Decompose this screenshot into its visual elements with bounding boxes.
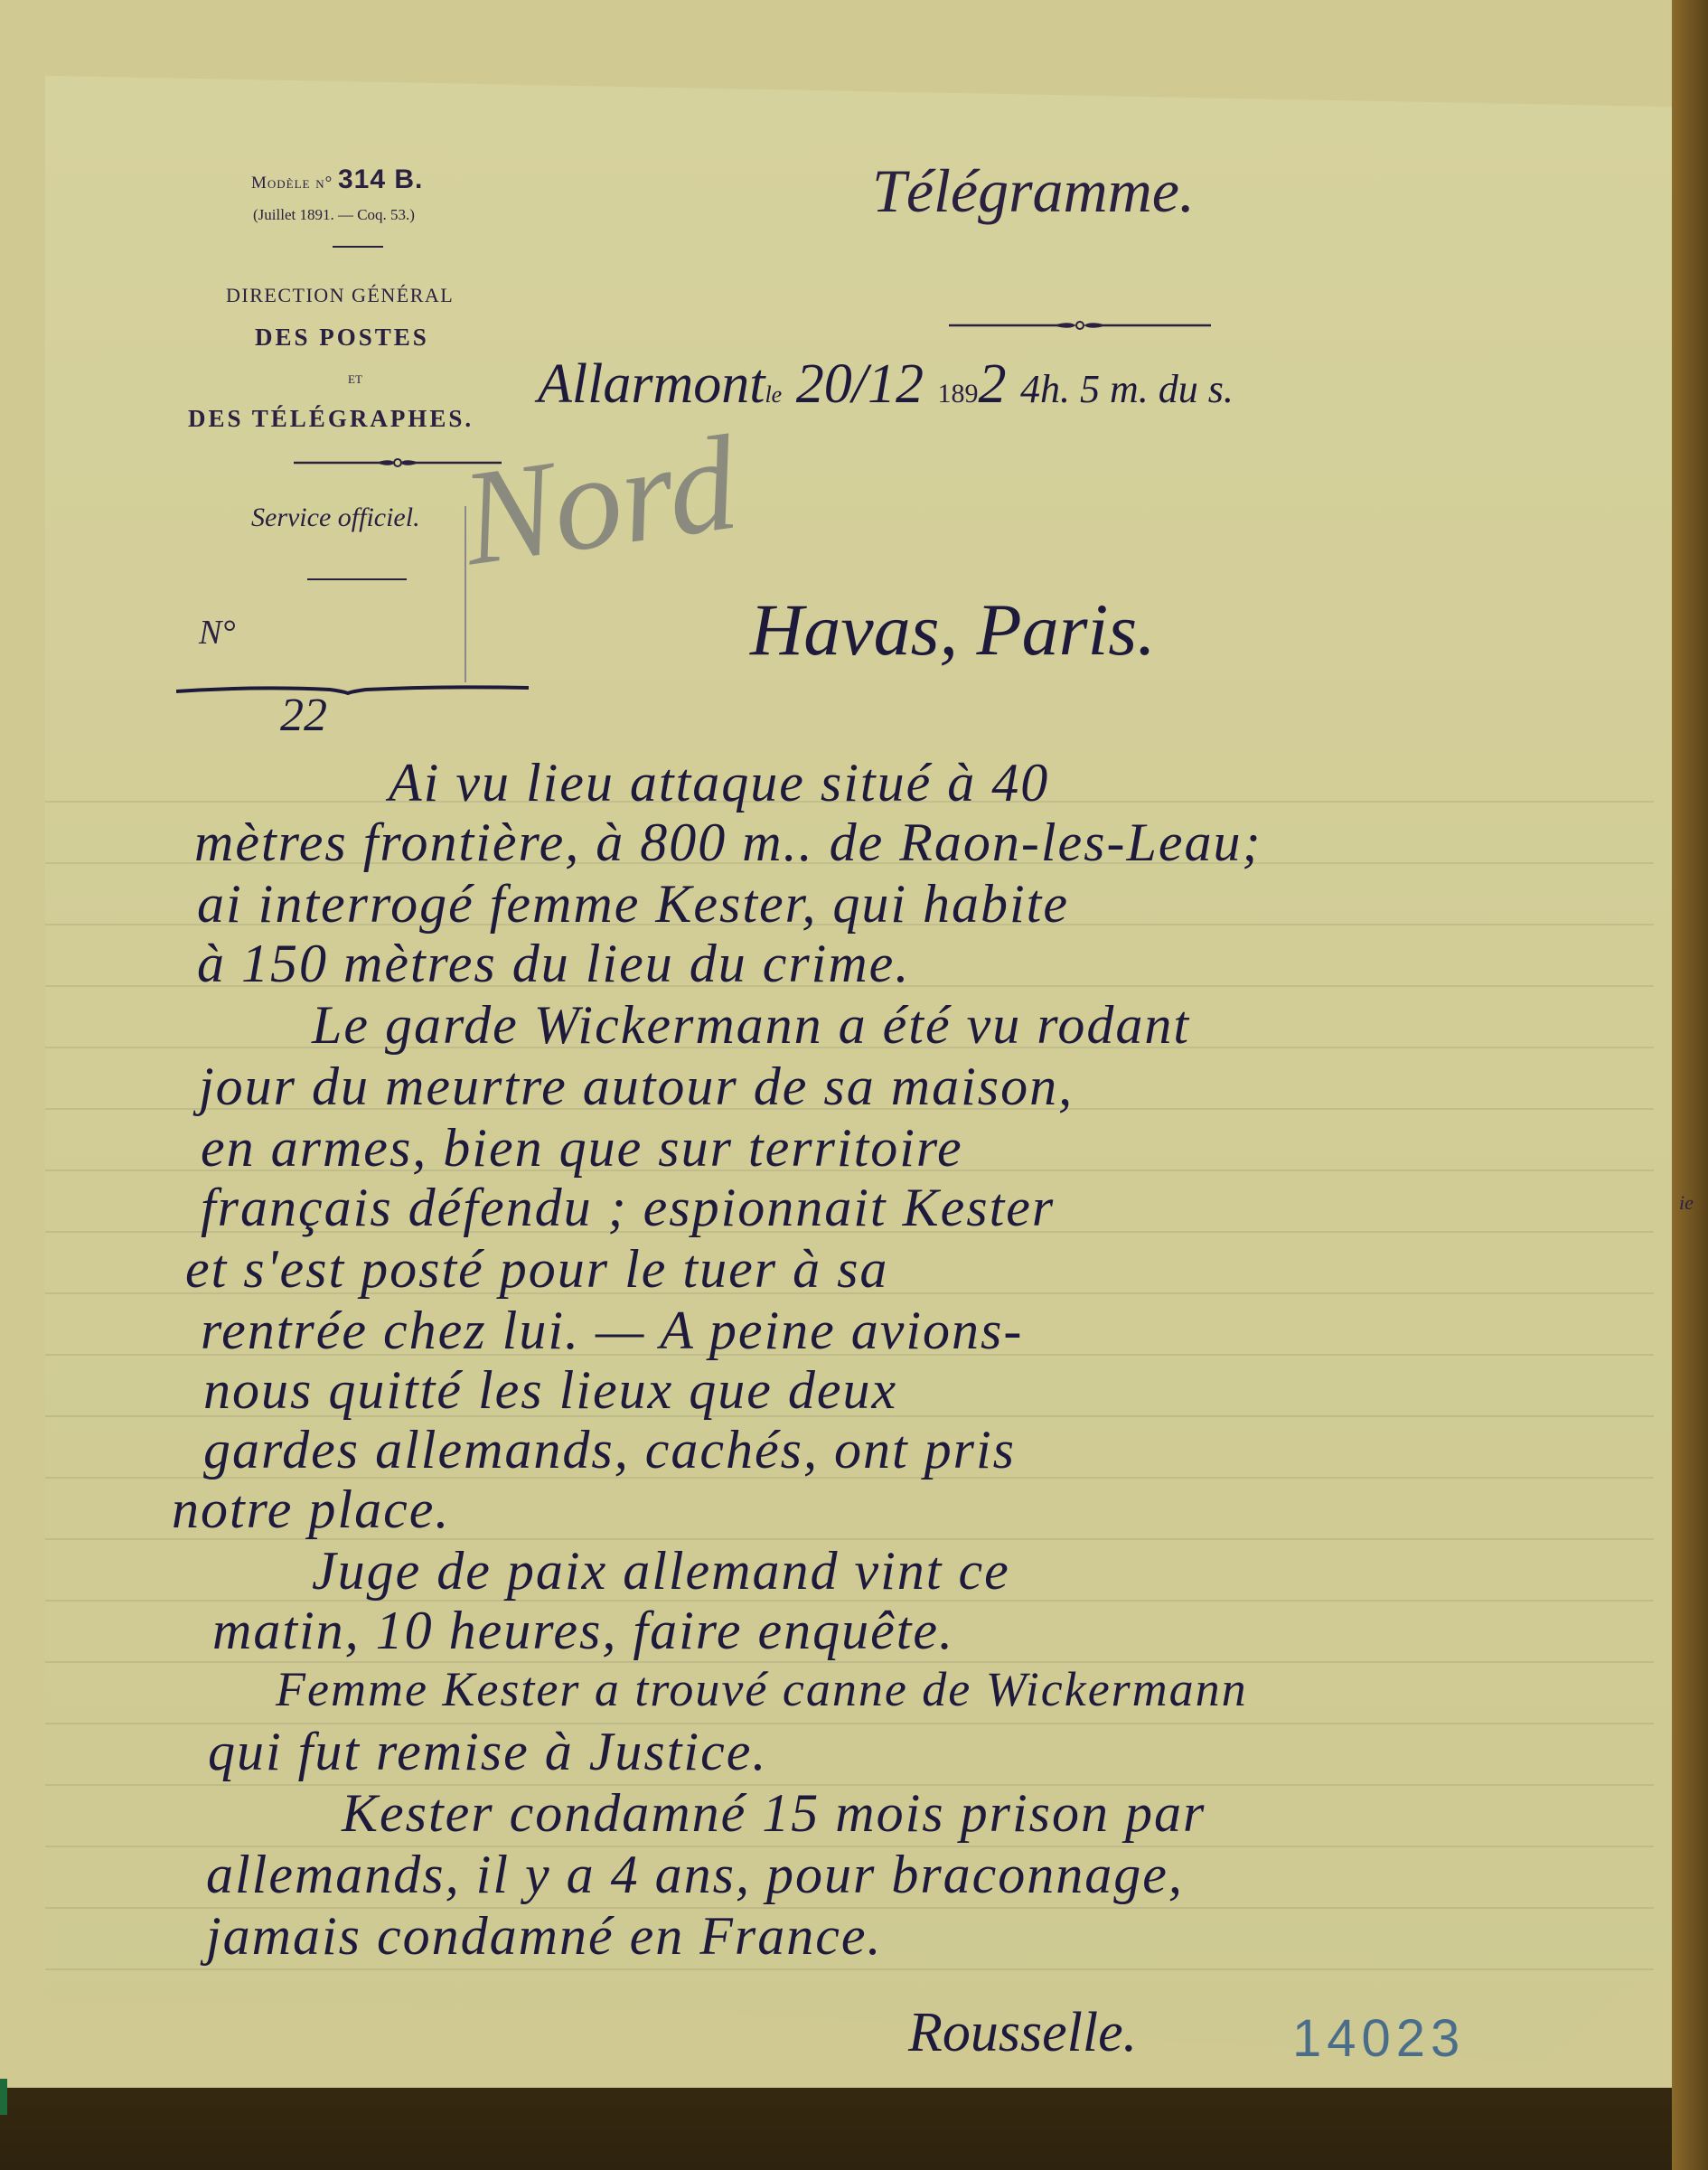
body-line: Ai vu lieu attaque situé à 40 [389, 752, 1049, 814]
telegram-title: Télégramme. [872, 155, 1195, 227]
divider [307, 578, 407, 580]
signature: Rousselle. [908, 2001, 1137, 2065]
body-line: gardes allemands, cachés, ont pris [203, 1419, 1016, 1481]
origin-line: Allarmontle 20/12 1892 4h. 5 m. du s. [538, 352, 1234, 417]
body-line: allemands, il y a 4 ans, pour braconnage… [206, 1844, 1184, 1906]
body-line: français défendu ; espionnait Kester [201, 1177, 1055, 1239]
green-marker [0, 2079, 7, 2115]
origin-year-prefix: 189 [937, 379, 978, 409]
margin-note: ie [1679, 1191, 1694, 1215]
body-line: jour du meurtre autour de sa maison, [199, 1056, 1074, 1118]
divider [333, 246, 383, 248]
modele-label: Modèle n° 314 B. [251, 164, 423, 195]
form-edition: (Juillet 1891. — Coq. 53.) [253, 206, 415, 224]
origin-year-suffix: 2 [978, 353, 1006, 415]
origin-date: 20/12 [796, 353, 924, 415]
origin-place-suffix: le [765, 381, 782, 408]
modele-text: Modèle n° [251, 174, 333, 193]
body-line: en armes, bien que sur territoire [201, 1117, 963, 1179]
body-line: matin, 10 heures, faire enquête. [212, 1600, 954, 1662]
desk-edge [1672, 0, 1708, 2170]
serial-number: 22 [280, 689, 327, 742]
ornament-divider-icon [176, 682, 538, 700]
et-label: ET [348, 372, 362, 387]
addressee: Havas, Paris. [750, 587, 1156, 672]
body-line: Le garde Wickermann a été vu rodant [312, 994, 1190, 1057]
service-officiel-label: Service officiel. [251, 503, 420, 533]
modele-number: 314 B. [338, 164, 423, 194]
numero-label: N° [199, 613, 236, 653]
body-line: Femme Kester a trouvé canne de Wickerman… [276, 1661, 1248, 1717]
body-line: et s'est posté pour le tuer à sa [185, 1238, 888, 1301]
body-line: notre place. [172, 1479, 450, 1541]
origin-place: Allarmont [538, 353, 765, 415]
body-line: mètres frontière, à 800 m.. de Raon-les-… [194, 812, 1262, 874]
des-telegraphes-label: DES TÉLÉGRAPHES. [188, 405, 474, 433]
body-line: à 150 mètres du lieu du crime. [197, 933, 910, 995]
body-line: jamais condamné en France. [206, 1905, 883, 1968]
body-line: rentrée chez lui. — A peine avions- [201, 1300, 1023, 1362]
body-line: Juge de paix allemand vint ce [312, 1540, 1010, 1602]
body-line: Kester condamné 15 mois prison par [342, 1782, 1206, 1845]
des-postes-label: DES POSTES [255, 324, 429, 352]
origin-time: 4h. 5 m. du s. [1020, 367, 1234, 411]
archive-number: 14023 [1292, 2008, 1465, 2069]
body-line: ai interrogé femme Kester, qui habite [197, 873, 1069, 935]
ornament-divider-icon [949, 319, 1211, 332]
direction-label: DIRECTION GÉNÉRAL [226, 284, 454, 307]
body-line: nous quitté les lieux que deux [203, 1359, 897, 1422]
body-line: qui fut remise à Justice. [208, 1721, 767, 1783]
